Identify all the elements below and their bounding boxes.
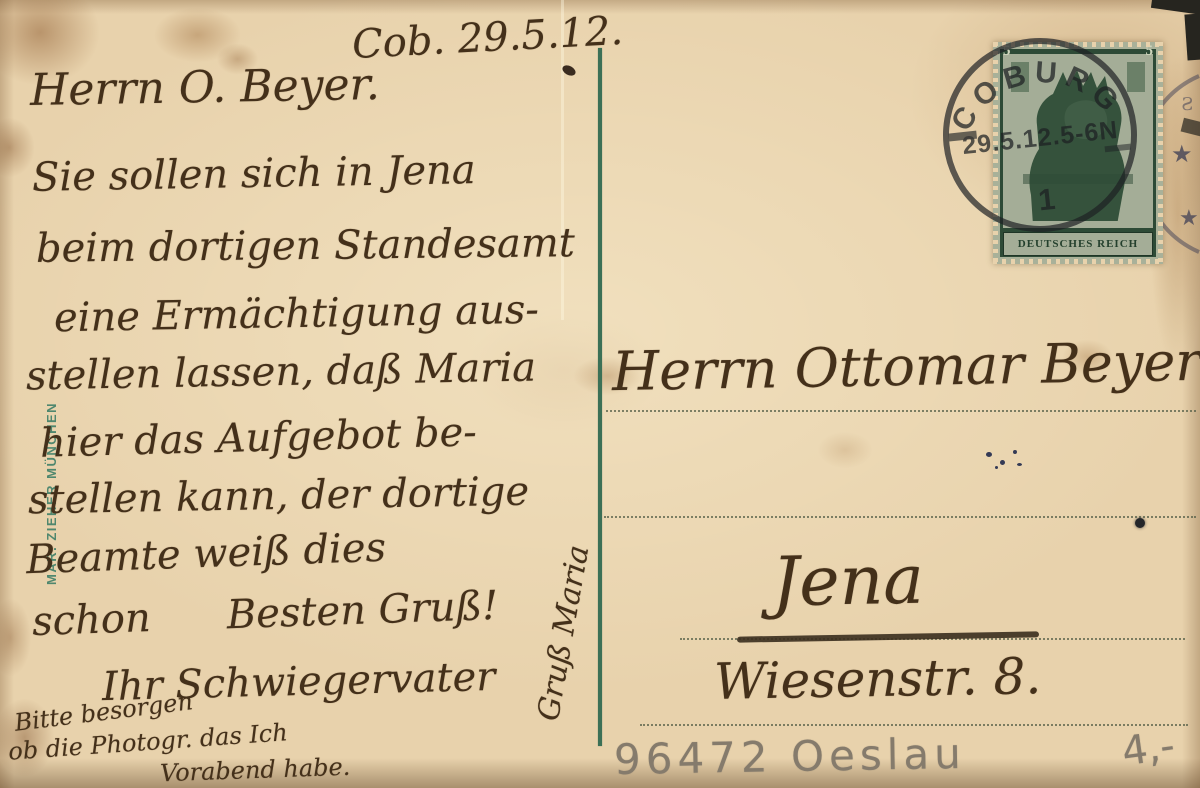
corner-fragment: [1151, 0, 1200, 16]
address-rule: [604, 516, 1196, 518]
ink-speck: [995, 466, 998, 469]
cancel-star-icon: ★: [1179, 206, 1199, 231]
ink-speck: [1135, 518, 1145, 528]
postmark: COBURG 29.5.12.5-6N 1: [922, 17, 1157, 252]
city-underline: [737, 631, 1039, 642]
paper-stain: [0, 595, 33, 680]
ink-speck: [1013, 450, 1017, 454]
address-rule: [640, 724, 1188, 726]
message-line: Beamte weiß dies: [25, 528, 386, 581]
message-line: beim dortigen Standesamt: [36, 223, 575, 269]
message-line: hier das Aufgebot be-: [40, 412, 478, 463]
ink-speck: [1017, 463, 1022, 466]
divider-line: [598, 48, 602, 746]
dealer-catalog-note: 96472 Oeslau: [614, 729, 967, 784]
recipient-name: Herrn Ottomar Beyer: [612, 335, 1200, 399]
paper-stain: [815, 430, 875, 470]
dealer-price-note: 4,-: [1119, 723, 1177, 776]
cancel-star-icon: ★: [1171, 140, 1193, 168]
address-rule: [606, 410, 1196, 412]
paper-stain: [150, 5, 245, 65]
side-note: Gruß Maria: [534, 543, 594, 723]
postmark-office: 1: [1037, 183, 1057, 218]
ink-speck: [1000, 460, 1005, 465]
message-line: schon Besten Gruß!: [31, 586, 498, 642]
city-name: Jena: [771, 547, 924, 618]
partial-postmark: ★ ★ Ƨ: [1163, 70, 1200, 260]
salutation: Herrn O. Beyer.: [30, 63, 380, 113]
corner-fragment: [1184, 13, 1200, 60]
date-line: Cob. 29.5.12.: [351, 11, 624, 65]
message-line: stellen kann, der dortige: [28, 472, 530, 521]
postscript-line: Vorabend habe.: [160, 755, 351, 786]
message-line: eine Ermächtigung aus-: [54, 290, 539, 338]
postcard-back: MAR. ZIEHER MÜNCHEN Cob. 29.5.12. Herrn …: [0, 0, 1200, 788]
message-line: stellen lassen, daß Maria: [26, 348, 537, 397]
stamp-perforation: [993, 259, 1163, 264]
ink-speck: [986, 452, 992, 457]
cancel-mark: Ƨ: [1181, 94, 1193, 115]
street-address: Wiesenstr. 8.: [714, 651, 1042, 707]
message-line: Sie sollen sich in Jena: [32, 150, 476, 198]
postmark-date: 29.5.12.5-6N: [961, 116, 1120, 160]
